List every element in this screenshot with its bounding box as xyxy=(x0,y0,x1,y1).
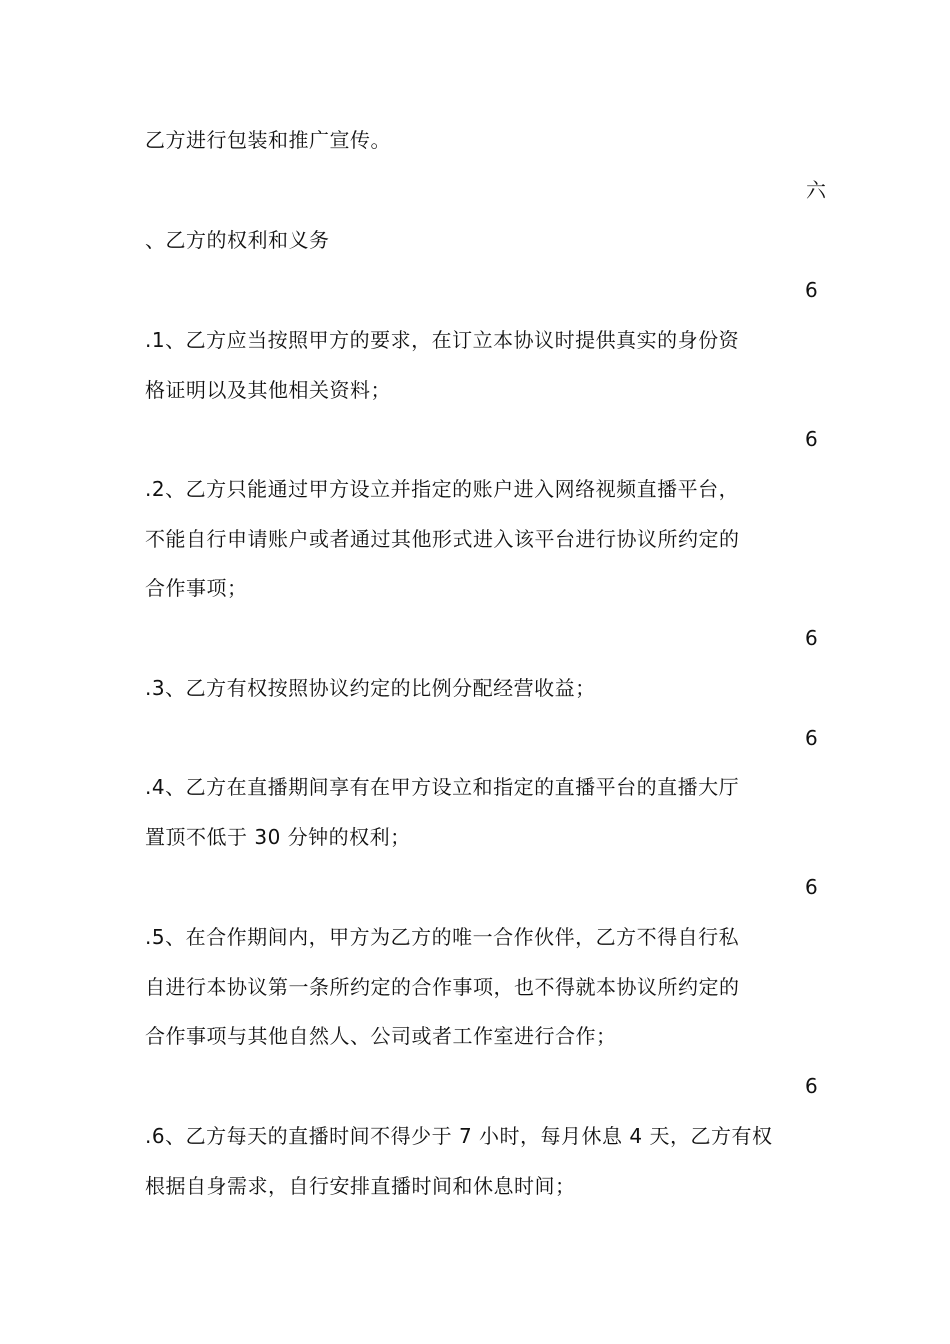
clause-6-5-line-3: 合作事项与其他自然人、公司或者工作室进行合作； xyxy=(145,1023,617,1049)
clause-6-5-line-2: 自进行本协议第一条所约定的合作事项，也不得就本协议所约定的 xyxy=(145,974,740,1000)
clause-prefix-6: 6 xyxy=(805,874,818,900)
clause-prefix-6: 6 xyxy=(805,725,818,751)
document-page: 乙方进行包装和推广宣传。 六 、乙方的权利和义务 6 .1、乙方应当按照甲方的要… xyxy=(0,0,950,1344)
clause-6-5-line-1: .5、在合作期间内，甲方为乙方的唯一合作伙伴，乙方不得自行私 xyxy=(145,924,739,950)
clause-6-4-line-1: .4、乙方在直播期间享有在甲方设立和指定的直播平台的直播大厅 xyxy=(145,774,739,800)
clause-6-2-line-1: .2、乙方只能通过甲方设立并指定的账户进入网络视频直播平台， xyxy=(145,476,739,502)
clause-6-6-line-1: .6、乙方每天的直播时间不得少于 7 小时，每月休息 4 天，乙方有权 xyxy=(145,1123,772,1149)
body-line-promotion: 乙方进行包装和推广宣传。 xyxy=(145,127,391,153)
clause-6-2-line-2: 不能自行申请账户或者通过其他形式进入该平台进行协议所约定的 xyxy=(145,526,740,552)
clause-prefix-6: 6 xyxy=(805,1073,818,1099)
clause-prefix-6: 6 xyxy=(805,426,818,452)
clause-6-4-line-2: 置顶不低于 30 分钟的权利； xyxy=(145,824,411,850)
clause-prefix-6: 6 xyxy=(805,277,818,303)
clause-6-2-line-3: 合作事项； xyxy=(145,575,248,601)
clause-6-1-line-1: .1、乙方应当按照甲方的要求，在订立本协议时提供真实的身份资 xyxy=(145,327,739,353)
clause-prefix-6: 6 xyxy=(805,625,818,651)
clause-6-1-line-2: 格证明以及其他相关资料； xyxy=(145,377,391,403)
section-heading-rights-obligations: 、乙方的权利和义务 xyxy=(145,227,330,253)
clause-6-6-line-2: 根据自身需求，自行安排直播时间和休息时间； xyxy=(145,1173,576,1199)
clause-6-3-line-1: .3、乙方有权按照协议约定的比例分配经营收益； xyxy=(145,675,596,701)
section-number-six: 六 xyxy=(806,177,826,203)
